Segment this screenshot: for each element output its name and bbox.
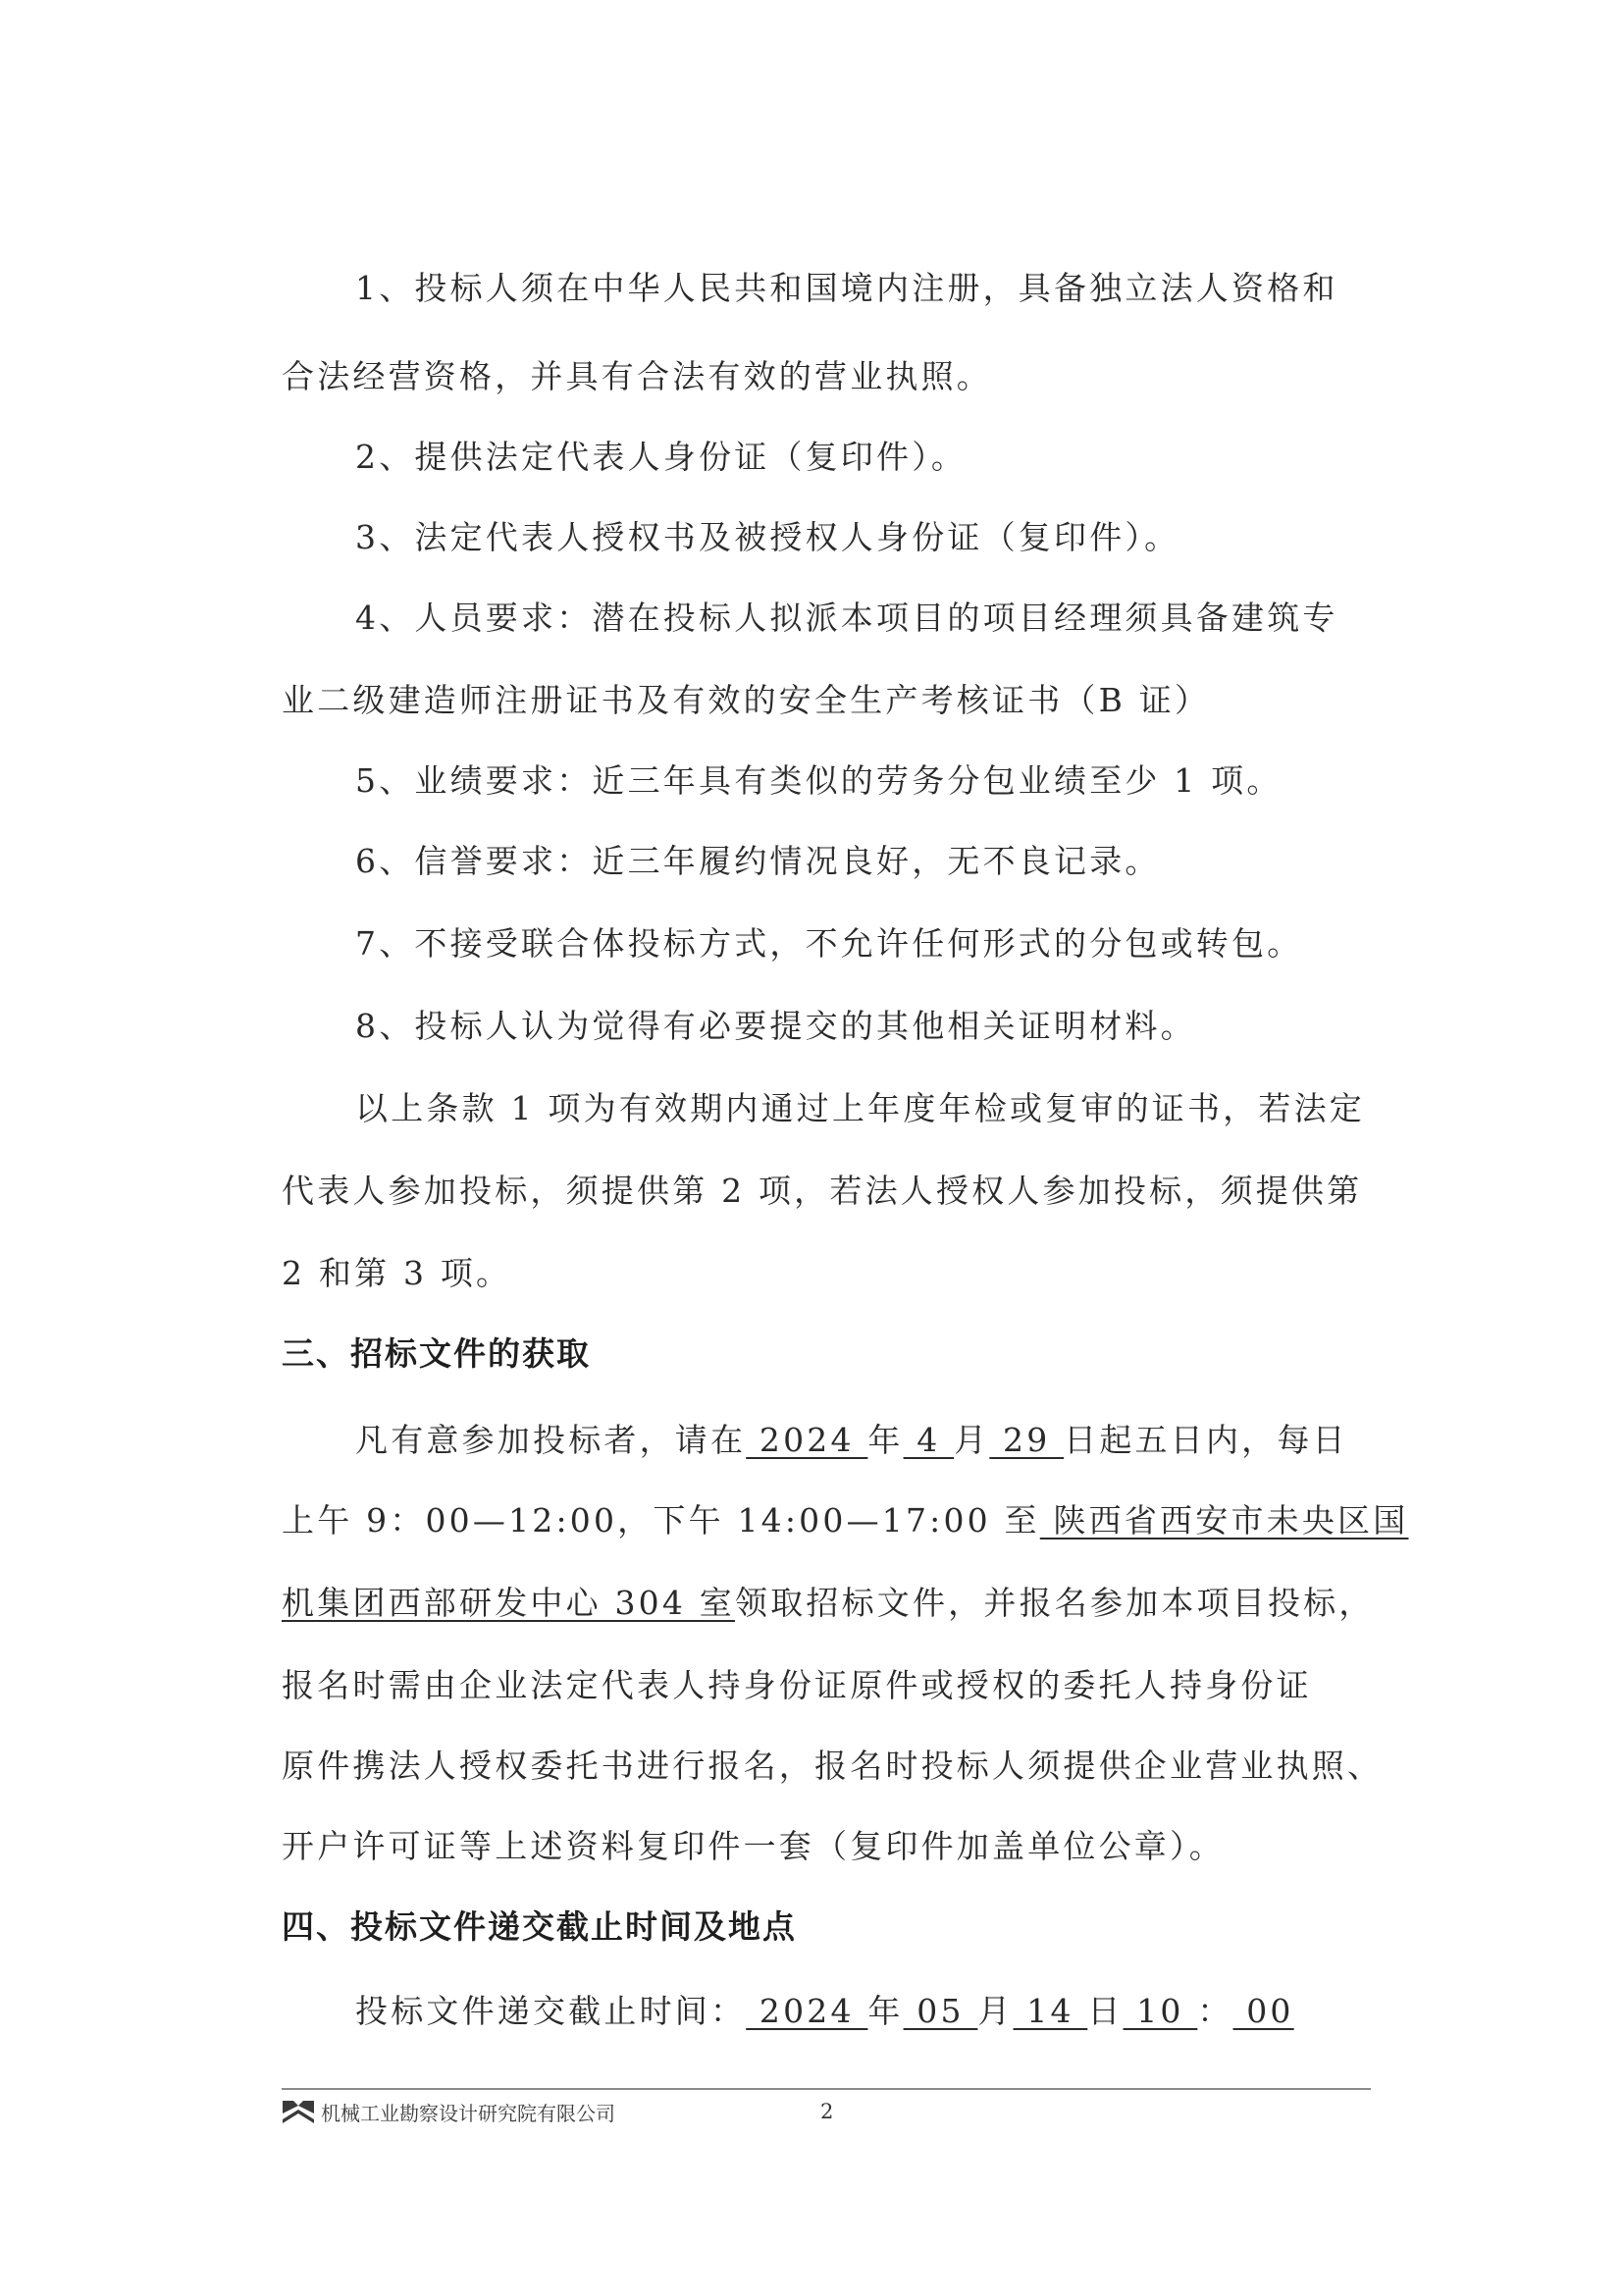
deadline-label: 投标文件递交截止时间： bbox=[355, 1992, 746, 2030]
deadline-line: 投标文件递交截止时间： 2024 年 05 月 14 日 10 ： 00 bbox=[355, 1992, 1294, 2031]
company-logo-icon bbox=[282, 2099, 315, 2124]
section-4-heading: 四、投标文件递交截止时间及地点 bbox=[282, 1907, 797, 1947]
deadline-year: 2024 bbox=[746, 1992, 867, 2030]
document-page: 1、投标人须在中华人民共和国境内注册，具备独立法人资格和 合法经营资格，并具有合… bbox=[0, 0, 1623, 2296]
requirement-4-line-1: 4、人员要求：潜在投标人拟派本项目的项目经理须具备建筑专 bbox=[355, 599, 1338, 638]
deadline-minute: 00 bbox=[1233, 1992, 1294, 2030]
office-hours: 上午 9：00—12:00，下午 14:00—17:00 至 bbox=[282, 1501, 1040, 1539]
section-3-line-3: 机集团西部研发中心 304 室领取招标文件，并报名参加本项目投标， bbox=[282, 1584, 1375, 1623]
requirement-8: 8、投标人认为觉得有必要提交的其他相关证明材料。 bbox=[355, 1007, 1196, 1046]
text: ： bbox=[1197, 1992, 1232, 2030]
note-line-2: 代表人参加投标，须提供第 2 项，若法人授权人参加投标，须提供第 bbox=[282, 1172, 1362, 1211]
section-3-line-5: 原件携法人授权委托书进行报名，报名时投标人须提供企业营业执照、 bbox=[282, 1747, 1383, 1786]
address-part-1: 陕西省西安市未央区国 bbox=[1040, 1501, 1409, 1539]
requirement-2: 2、提供法定代表人身份证（复印件）。 bbox=[355, 438, 967, 477]
deadline-day: 14 bbox=[1014, 1992, 1088, 2030]
deadline-month: 05 bbox=[904, 1992, 978, 2030]
section-3-line-4: 报名时需由企业法定代表人持身份证原件或授权的委托人持身份证 bbox=[282, 1666, 1312, 1705]
footer-divider bbox=[282, 2088, 1371, 2090]
section-3-line-2: 上午 9：00—12:00，下午 14:00—17:00 至 陕西省西安市未央区… bbox=[282, 1501, 1408, 1540]
note-line-3: 2 和第 3 项。 bbox=[282, 1254, 511, 1293]
text: 领取招标文件，并报名参加本项目投标， bbox=[735, 1584, 1375, 1622]
text: 日起五日内，每日 bbox=[1064, 1421, 1348, 1459]
start-year: 2024 bbox=[746, 1421, 867, 1459]
section-3-line-1: 凡有意参加投标者，请在 2024 年 4 月 29 日起五日内，每日 bbox=[355, 1421, 1348, 1460]
start-month: 4 bbox=[904, 1421, 955, 1459]
company-name: 机械工业勘察设计研究院有限公司 bbox=[321, 2098, 615, 2126]
text: 年 bbox=[867, 1992, 903, 2030]
section-3-line-6: 开户许可证等上述资料复印件一套（复印件加盖单位公章）。 bbox=[282, 1827, 1225, 1866]
note-line-1: 以上条款 1 项为有效期内通过上年度年检或复审的证书，若法定 bbox=[355, 1089, 1365, 1128]
page-number: 2 bbox=[820, 2095, 833, 2128]
page-footer: 机械工业勘察设计研究院有限公司 bbox=[282, 2095, 615, 2128]
section-3-heading: 三、招标文件的获取 bbox=[282, 1334, 591, 1374]
requirement-5: 5、业绩要求：近三年具有类似的劳务分包业绩至少 1 项。 bbox=[355, 761, 1283, 801]
text: 日 bbox=[1087, 1992, 1123, 2030]
text: 月 bbox=[954, 1421, 989, 1459]
requirement-4-line-2: 业二级建造师注册证书及有效的安全生产考核证书（B 证） bbox=[282, 681, 1210, 720]
requirement-6: 6、信誉要求：近三年履约情况良好，无不良记录。 bbox=[355, 842, 1161, 881]
text: 年 bbox=[867, 1421, 903, 1459]
address-part-2: 机集团西部研发中心 304 室 bbox=[282, 1584, 735, 1622]
deadline-hour: 10 bbox=[1124, 1992, 1198, 2030]
text: 月 bbox=[977, 1992, 1013, 2030]
requirement-1-line-1: 1、投标人须在中华人民共和国境内注册，具备独立法人资格和 bbox=[355, 269, 1338, 308]
start-day: 29 bbox=[989, 1421, 1064, 1459]
text: 凡有意参加投标者，请在 bbox=[355, 1421, 746, 1459]
requirement-1-line-2: 合法经营资格，并具有合法有效的营业执照。 bbox=[282, 357, 992, 396]
requirement-7: 7、不接受联合体投标方式，不允许任何形式的分包或转包。 bbox=[355, 924, 1302, 964]
requirement-3: 3、法定代表人授权书及被授权人身份证（复印件）。 bbox=[355, 518, 1179, 557]
